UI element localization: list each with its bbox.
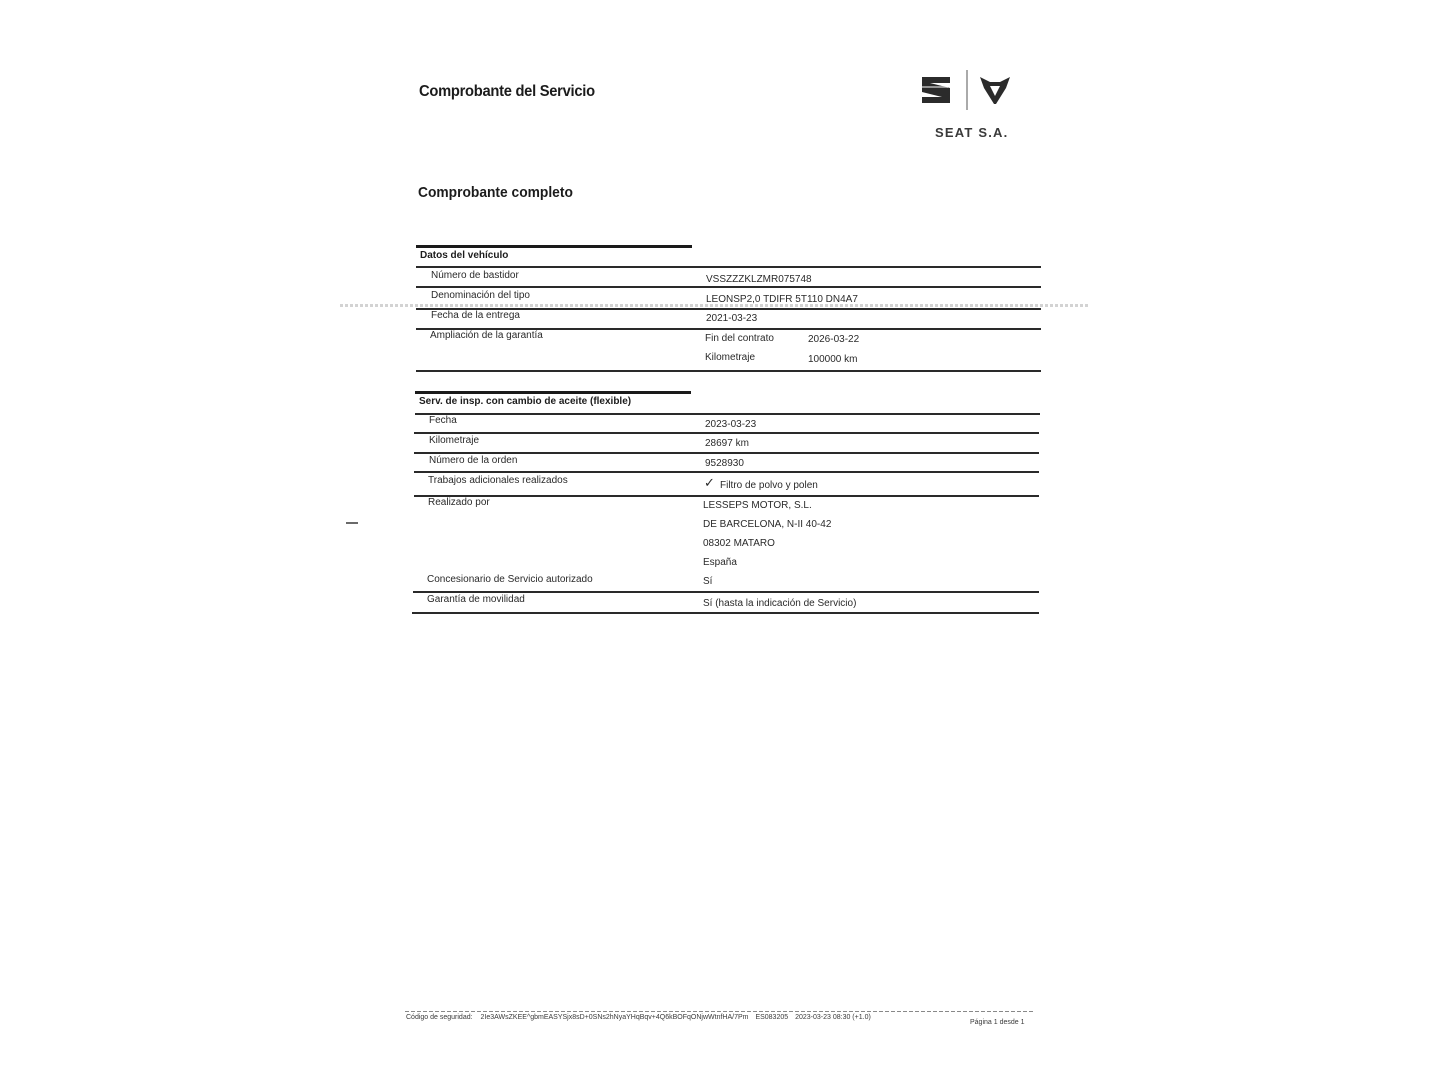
- row-divider: [414, 452, 1039, 454]
- delivery-date-label: Fecha de la entrega: [431, 310, 520, 321]
- dealer-name: LESSEPS MOTOR, S.L.: [703, 500, 812, 511]
- order-number-value: 9528930: [705, 458, 744, 469]
- footer-divider: [405, 1011, 1035, 1012]
- scan-artifact-line: [340, 304, 1088, 307]
- service-km-label: Kilometraje: [429, 435, 479, 446]
- service-km-value: 28697 km: [705, 438, 749, 449]
- mobility-guarantee-value: Sí (hasta la indicación de Servicio): [703, 598, 856, 609]
- delivery-date-value: 2021-03-23: [706, 313, 757, 324]
- document-id: ES083205: [755, 1014, 788, 1021]
- scan-artifact-mark: [346, 522, 358, 524]
- dealer-city: 08302 MATARO: [703, 538, 775, 549]
- row-divider: [414, 432, 1039, 434]
- checkmark-icon: ✓: [704, 475, 715, 491]
- seat-logo-icon: [922, 77, 950, 103]
- row-divider: [416, 286, 1041, 288]
- contract-end-value: 2026-03-22: [808, 334, 859, 345]
- brand-logos: [920, 68, 1020, 112]
- row-divider: [416, 370, 1041, 372]
- authorized-dealer-label: Concesionario de Servicio autorizado: [427, 574, 593, 585]
- security-code-label: Código de seguridad:: [406, 1014, 473, 1021]
- contract-end-label: Fin del contrato: [705, 333, 774, 344]
- warranty-km-value: 100000 km: [808, 354, 857, 365]
- vehicle-section-heading: Datos del vehículo: [420, 250, 508, 261]
- order-number-label: Número de la orden: [429, 455, 517, 466]
- page-info: Página 1 desde 1: [970, 1019, 1025, 1026]
- row-divider: [415, 413, 1040, 415]
- section-divider: [415, 391, 691, 394]
- row-divider: [412, 612, 1039, 614]
- service-section-heading: Serv. de insp. con cambio de aceite (fle…: [419, 396, 631, 407]
- company-name: SEAT S.A.: [935, 125, 1008, 140]
- authorized-dealer-value: Sí: [703, 576, 712, 587]
- cupra-logo-icon: [980, 77, 1010, 104]
- warranty-extension-label: Ampliación de la garantía: [430, 330, 543, 341]
- print-timestamp: 2023-03-23 08:30 (+1.0): [795, 1014, 871, 1021]
- vin-value: VSSZZZKLZMR075748: [706, 274, 812, 285]
- type-label: Denominación del tipo: [431, 290, 530, 301]
- service-date-value: 2023-03-23: [705, 419, 756, 430]
- row-divider: [414, 495, 1039, 497]
- dealer-address: DE BARCELONA, N-II 40-42: [703, 519, 831, 530]
- dealer-country: España: [703, 557, 737, 568]
- section-divider: [416, 245, 692, 248]
- row-divider: [413, 591, 1039, 593]
- document-subtitle: Comprobante completo: [418, 184, 573, 201]
- warranty-km-label: Kilometraje: [705, 352, 755, 363]
- row-divider: [414, 471, 1039, 473]
- service-date-label: Fecha: [429, 415, 457, 426]
- additional-work-value: Filtro de polvo y polen: [720, 480, 818, 491]
- footer-security: Código de seguridad: 2Ie3AWsZKEE^gbmEASY…: [406, 1014, 871, 1021]
- page-title: Comprobante del Servicio: [419, 83, 595, 101]
- mobility-guarantee-label: Garantía de movilidad: [427, 594, 525, 605]
- security-code: 2Ie3AWsZKEE^gbmEASYSjx8sD+0SNs2hNyaYHqBq…: [481, 1014, 749, 1021]
- performed-by-label: Realizado por: [428, 497, 490, 508]
- vin-label: Número de bastidor: [431, 270, 519, 281]
- additional-work-label: Trabajos adicionales realizados: [428, 475, 568, 486]
- row-divider: [416, 266, 1041, 268]
